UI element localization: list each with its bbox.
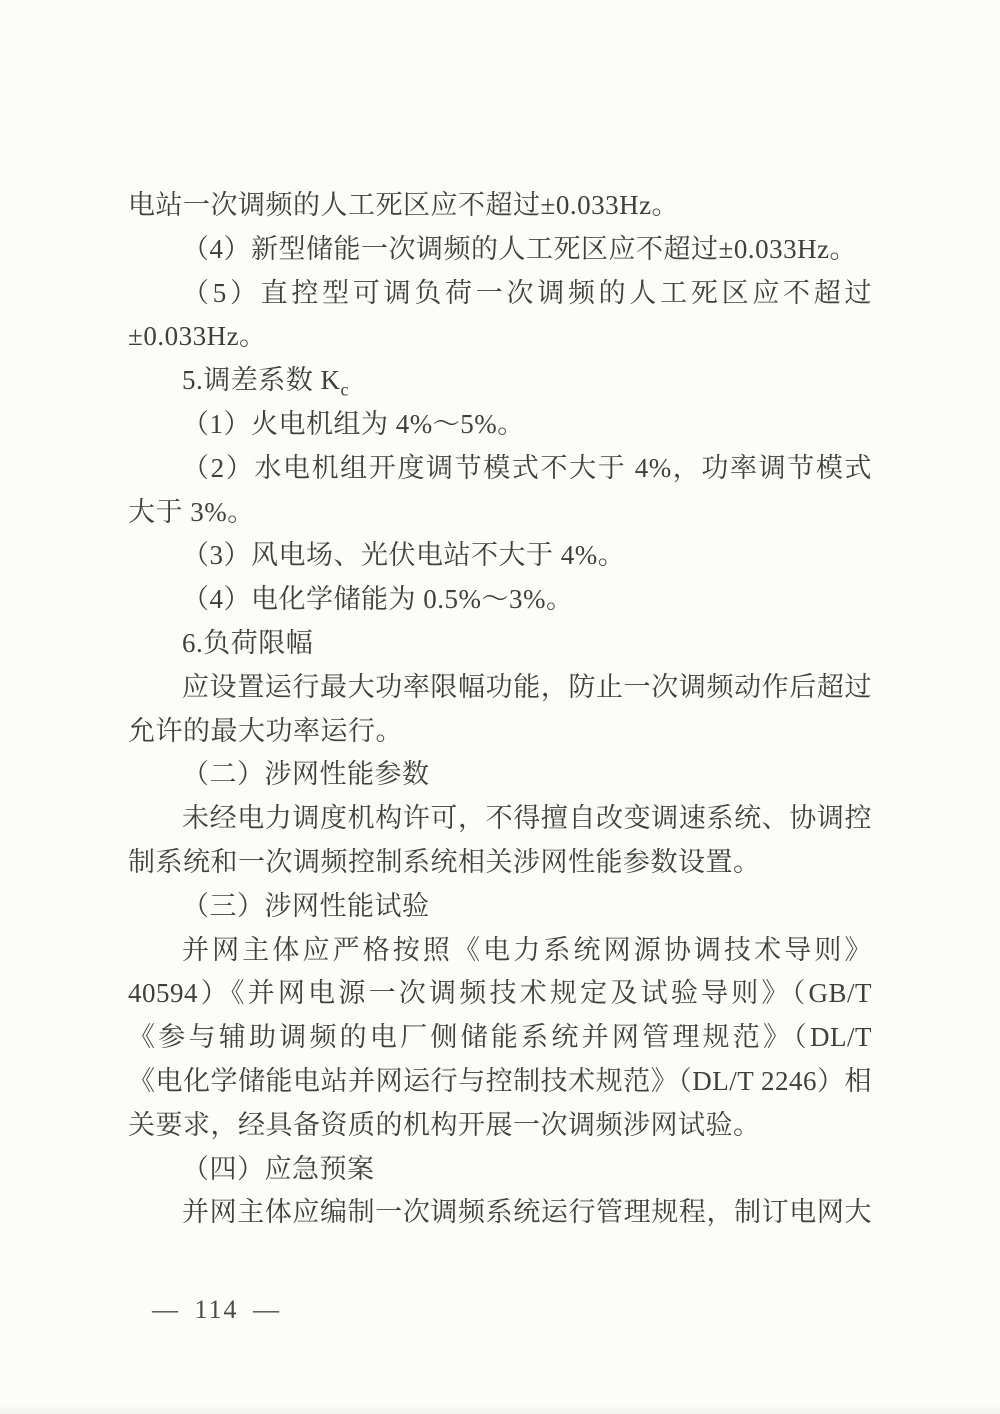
document-body: 电站一次调频的人工死区应不超过±0.033Hz。 （4）新型储能一次调频的人工死… — [128, 184, 872, 1235]
body-text-line: 40594）《并网电源一次调频技术规定及试验导则》（GB/T 40595） — [128, 972, 872, 1016]
list-item-line: （3）风电场、光伏电站不大于 4%。 — [128, 534, 872, 578]
list-item-line: （4）电化学储能为 0.5%～3%。 — [128, 578, 872, 622]
list-item-line: （5）直控型可调负荷一次调频的人工死区应不超过 — [128, 272, 872, 316]
body-text-line: ±0.033Hz。 — [128, 315, 872, 359]
list-item-line: （1）火电机组为 4%～5%。 — [128, 403, 872, 447]
section-heading: （二）涉网性能参数 — [128, 753, 872, 797]
section-heading: （三）涉网性能试验 — [128, 885, 872, 929]
body-text-line: 制系统和一次调频控制系统相关涉网性能参数设置。 — [128, 841, 872, 885]
body-text-line: 电站一次调频的人工死区应不超过±0.033Hz。 — [128, 184, 872, 228]
body-text-line: 《参与辅助调频的电厂侧储能系统并网管理规范》（DL/T 2313） — [128, 1016, 872, 1060]
body-text-line: 应设置运行最大功率限幅功能，防止一次调频动作后超过 — [128, 666, 872, 710]
body-text-line: 允许的最大功率运行。 — [128, 710, 872, 754]
body-text-line: 关要求，经具备资质的机构开展一次调频涉网试验。 — [128, 1104, 872, 1148]
list-heading-line: 5.调差系数 Kc — [128, 359, 872, 403]
subscript-text: c — [341, 380, 350, 400]
scan-noise-band — [0, 1404, 1000, 1414]
body-text-line: 《电化学储能电站并网运行与控制技术规范》（DL/T 2246）相 — [128, 1060, 872, 1104]
list-item-line: （2）水电机组开度调节模式不大于 4%，功率调节模式不 — [128, 447, 872, 491]
body-text-line: 并网主体应严格按照《电力系统网源协调技术导则》（GB/T — [128, 929, 872, 973]
document-page: { "page": { "background_color": "#fcfcfb… — [0, 0, 1000, 1414]
page-number: — 114 — — [152, 1295, 281, 1325]
list-heading-line: 6.负荷限幅 — [128, 622, 872, 666]
body-text-line: 未经电力调度机构许可，不得擅自改变调速系统、协调控 — [128, 797, 872, 841]
section-heading: （四）应急预案 — [128, 1148, 872, 1192]
list-item-line: （4）新型储能一次调频的人工死区应不超过±0.033Hz。 — [128, 228, 872, 272]
body-text-line: 并网主体应编制一次调频系统运行管理规程，制订电网大 — [128, 1191, 872, 1235]
body-text-line: 大于 3%。 — [128, 491, 872, 535]
list-heading-text: 5.调差系数 K — [182, 365, 341, 395]
